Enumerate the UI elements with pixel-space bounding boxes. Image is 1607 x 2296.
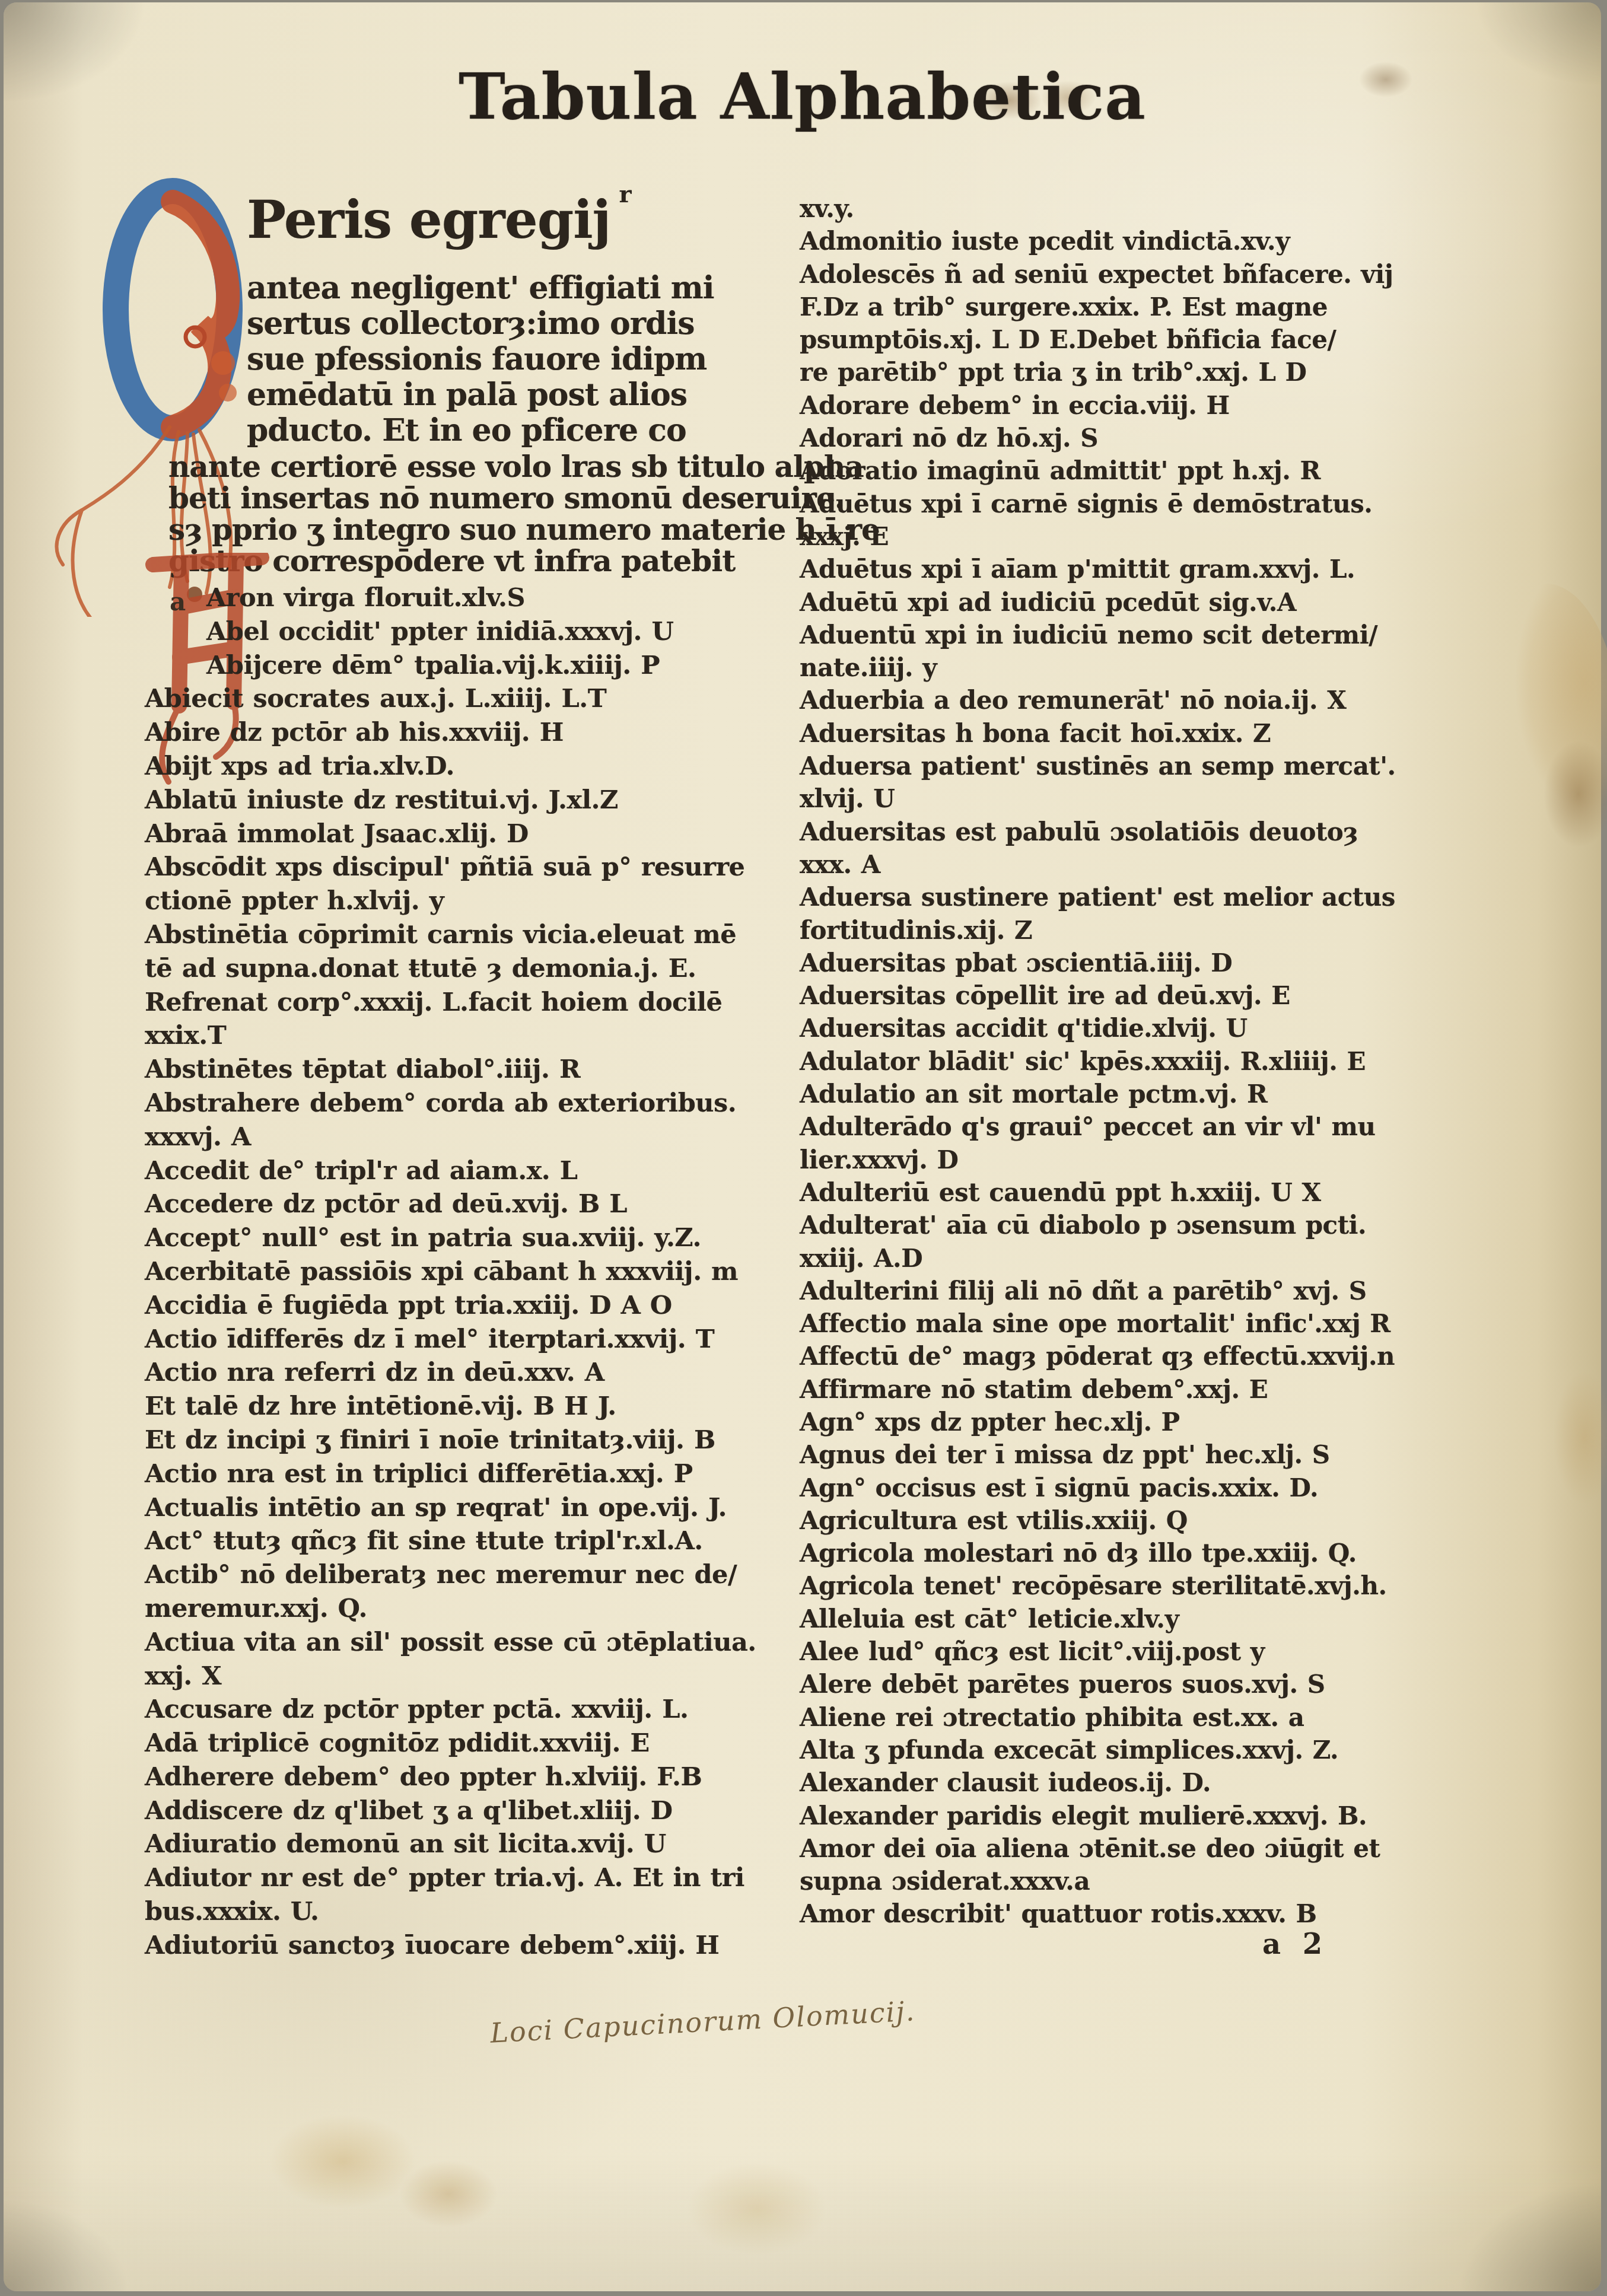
initial-O-blue-body bbox=[116, 191, 230, 428]
index-line: ctionē ppter h.xlvij. y bbox=[145, 884, 785, 918]
index-column-right: xv.y.Admonitio iuste pcedit vindictā.xv.… bbox=[800, 192, 1452, 1931]
index-line: Actualis intētio an sp reqrat' in ope.vi… bbox=[145, 1491, 785, 1525]
index-line: antea negligent' effigiati mi bbox=[247, 270, 714, 306]
index-line: Aduersitas accidit q'tidie.xlvij. U bbox=[800, 1012, 1452, 1044]
initial-O-blob bbox=[219, 384, 237, 402]
index-line: Agricola molestari nō dȝ illo tpe.xxiij.… bbox=[800, 1537, 1452, 1569]
initial-O-guide-letter bbox=[186, 327, 205, 346]
index-line: Adherere debem° deo ppter h.xlviij. F.B bbox=[145, 1760, 785, 1794]
index-line: Aron virga floruit.xlv.S bbox=[145, 581, 785, 615]
page-title: Tabula Alphabetica bbox=[4, 59, 1601, 133]
index-line: Alleluia est cāt° leticie.xlv.y bbox=[800, 1603, 1452, 1635]
index-line: Ablatū iniuste dz restitui.vj. J.xl.Z bbox=[145, 784, 785, 817]
index-line: Accept° null° est in patria sua.xviij. y… bbox=[145, 1221, 785, 1255]
index-line: supna ɔsiderat.xxxv.a bbox=[800, 1865, 1452, 1897]
index-line: Abijt xps ad tria.xlv.D. bbox=[145, 750, 785, 784]
index-line: Adā triplicē cognitōz pdidit.xxviij. E bbox=[145, 1727, 785, 1760]
index-line: Alta ʒ pfunda excecāt simplices.xxvj. Z. bbox=[800, 1734, 1452, 1766]
index-line: Admonitio iuste pcedit vindictā.xv.y bbox=[800, 225, 1452, 257]
index-line: Accusare dz pctōr ppter pctā. xxviij. L. bbox=[145, 1693, 785, 1727]
stain bbox=[668, 2149, 846, 2268]
index-line: Accedere dz pctōr ad deū.xvij. B L bbox=[145, 1187, 785, 1221]
index-line: Addiscere dz q'libet ʒ a q'libet.xliij. … bbox=[145, 1794, 785, 1828]
index-line: Actib° nō deliberatȝ nec meremur nec de/ bbox=[145, 1558, 785, 1592]
initial-O-blob bbox=[211, 351, 235, 375]
index-line: Accidia ē fugiēda ppt tria.xxiij. D A O bbox=[145, 1289, 785, 1323]
index-line: fortitudinis.xij. Z bbox=[800, 914, 1452, 947]
index-line: Adulterat' aīa cū diabolo p ɔsensum pcti… bbox=[800, 1209, 1452, 1241]
index-line: Adolescēs ñ ad seniū expectet bñfacere. … bbox=[800, 258, 1452, 291]
index-line: Adulteriū est cauendū ppt h.xxiij. U X bbox=[800, 1176, 1452, 1209]
index-line: Aliene rei ɔtrectatio phibita est.xx. a bbox=[800, 1701, 1452, 1734]
incunabulum-photo: { "page": { "title": "Tabula Alphabetica… bbox=[0, 0, 1607, 2296]
index-line: Actio nra referri dz in deū.xxv. A bbox=[145, 1356, 785, 1390]
index-line: xxxvj. A bbox=[145, 1120, 785, 1154]
index-line: Adoratio imaginū admittit' ppt h.xj. R bbox=[800, 454, 1452, 487]
index-line: xxj. X bbox=[145, 1660, 785, 1693]
parchment-page: Tabula Alphabetica Peris egregijr antea … bbox=[4, 2, 1601, 2291]
index-line: Abel occidit' ppter inidiā.xxxvj. U bbox=[145, 615, 785, 649]
index-line: Abstrahere debem° corda ab exterioribus. bbox=[145, 1087, 785, 1120]
index-line: beti insertas nō numero smonū deseruire. bbox=[168, 482, 880, 514]
handwritten-note: Loci Capucinorum Olomucij. bbox=[489, 1995, 916, 2049]
stain bbox=[383, 2149, 514, 2238]
index-line: Aduerbia a deo remunerāt' nō noia.ij. X bbox=[800, 684, 1452, 716]
index-line: Actio īdifferēs dz ī mel° iterptari.xxvi… bbox=[145, 1323, 785, 1356]
index-line: Accedit de° tripl'r ad aiam.x. L bbox=[145, 1154, 785, 1188]
index-line: sue pfessionis fauore idipm bbox=[247, 342, 714, 377]
index-line: Adorari nō dz hō.xj. S bbox=[800, 422, 1452, 454]
index-line: Aduētus xpi ī aīam p'mittit gram.xxvj. L… bbox=[800, 553, 1452, 585]
index-line: psumptōis.xj. L D E.Debet bñficia face/ bbox=[800, 323, 1452, 356]
index-line: Agn° occisus est ī signū pacis.xxix. D. bbox=[800, 1472, 1452, 1504]
index-line: Aduersitas cōpellit ire ad deū.xvj. E bbox=[800, 979, 1452, 1012]
index-line: Abire dz pctōr ab his.xxviij. H bbox=[145, 716, 785, 750]
opening-superscript: r bbox=[619, 180, 631, 208]
index-line: Abijcere dēm° tpalia.vij.k.xiiij. P bbox=[145, 649, 785, 683]
index-line: nante certiorē esse volo lras sb titulo … bbox=[168, 451, 880, 482]
index-line: Agricultura est vtilis.xxiij. Q bbox=[800, 1504, 1452, 1537]
index-line: xxxj. E bbox=[800, 520, 1452, 553]
index-line: gistro correspōdere vt infra patebit bbox=[168, 545, 880, 577]
stain bbox=[1534, 726, 1607, 862]
index-line: emēdatū in palā post alios bbox=[247, 377, 714, 413]
index-line: Aduentū xpi in iudiciū nemo scit determi… bbox=[800, 619, 1452, 651]
index-line: Abscōdit xps discipul' pñtiā suā p° resu… bbox=[145, 851, 785, 884]
index-line: bus.xxxix. U. bbox=[145, 1895, 785, 1929]
index-line: re parētib° ppt tria ʒ in trib°.xxj. L D bbox=[800, 356, 1452, 388]
index-line: Alexander clausit iudeos.ij. D. bbox=[800, 1766, 1452, 1799]
index-line: Aduētus xpi ī carnē signis ē demōstratus… bbox=[800, 488, 1452, 520]
index-line: Abstinētes tēptat diabol°.iiij. R bbox=[145, 1053, 785, 1087]
index-line: Act° ŧtutȝ qñcȝ fit sine ŧtute tripl'r.x… bbox=[145, 1524, 785, 1558]
index-line: Aduersitas h bona facit hoī.xxix. Z bbox=[800, 717, 1452, 750]
index-line: Abraā immolat Jsaac.xlij. D bbox=[145, 817, 785, 851]
index-line: Actio nra est in triplici differētia.xxj… bbox=[145, 1457, 785, 1491]
index-line: sȝ pprio ʒ integro suo numero materie h … bbox=[168, 514, 880, 545]
index-line: Alere debēt parētes pueros suos.xvj. S bbox=[800, 1668, 1452, 1700]
opening-full-lines: nante certiorē esse volo lras sb titulo … bbox=[168, 451, 880, 577]
index-line: Adulterādo q's graui° peccet an vir vl' … bbox=[800, 1110, 1452, 1143]
index-line: F.Dz a trib° surgere.xxix. P. Est magne bbox=[800, 291, 1452, 323]
index-line: xxix.T bbox=[145, 1019, 785, 1053]
index-line: Adiutor nr est de° ppter tria.vj. A. Et … bbox=[145, 1861, 785, 1895]
index-line: xlvij. U bbox=[800, 782, 1452, 815]
index-line: Adulterini filij ali nō dñt a parētib° x… bbox=[800, 1275, 1452, 1307]
stain bbox=[1469, 584, 1607, 916]
index-line: nate.iiij. y bbox=[800, 651, 1452, 684]
index-line: sertus collectorȝ:imo ordis bbox=[247, 306, 714, 342]
index-line: Affectio mala sine ope mortalit' infic'.… bbox=[800, 1307, 1452, 1340]
index-line: Aduersa sustinere patient' est melior ac… bbox=[800, 881, 1452, 913]
index-line: Agnus dei ter ī missa dz ppt' hec.xlj. S bbox=[800, 1438, 1452, 1471]
index-line: Et talē dz hre intētionē.vij. B H J. bbox=[145, 1390, 785, 1424]
index-column-left: Aron virga floruit.xlv.SAbel occidit' pp… bbox=[145, 581, 785, 1963]
index-line: Acerbitatē passiōis xpi cābant h xxxviij… bbox=[145, 1255, 785, 1289]
index-line: Agn° xps dz ppter hec.xlj. P bbox=[800, 1406, 1452, 1438]
stain bbox=[1546, 1355, 1607, 1521]
index-line: lier.xxxvj. D bbox=[800, 1144, 1452, 1176]
index-line: Et dz incipi ʒ finiri ī noīe trinitatȝ.v… bbox=[145, 1424, 785, 1457]
index-line: Adiutoriū sanctoȝ īuocare debem°.xiij. H bbox=[145, 1929, 785, 1963]
index-line: Refrenat corp°.xxxij. L.facit hoiem doci… bbox=[145, 986, 785, 1020]
index-line: pducto. Et in eo pficere co bbox=[247, 413, 714, 448]
index-line: Aduersitas est pabulū ɔsolatiōis deuotoȝ bbox=[800, 816, 1452, 848]
index-line: Actiua vita an sil' possit esse cū ɔtēpl… bbox=[145, 1626, 785, 1660]
index-line: xxx. A bbox=[800, 848, 1452, 881]
index-line: meremur.xxj. Q. bbox=[145, 1592, 785, 1626]
stain bbox=[253, 2102, 478, 2221]
index-line: Abstinētia cōprimit carnis vicia.eleuat … bbox=[145, 918, 785, 952]
index-line: Abiecit socrates aux.j. L.xiiij. L.T bbox=[145, 682, 785, 716]
index-line: Adulatio an sit mortale pctm.vj. R bbox=[800, 1078, 1452, 1110]
index-line: Amor describit' quattuor rotis.xxxv. B bbox=[800, 1897, 1452, 1930]
index-line: Amor dei oīa aliena ɔtēnit.se deo ɔiūgit… bbox=[800, 1832, 1452, 1865]
index-line: Affectū de° magȝ pōderat qȝ effectū.xxvi… bbox=[800, 1340, 1452, 1372]
index-line: Adorare debem° in eccia.viij. H bbox=[800, 389, 1452, 422]
index-line: Agricola tenet' recōpēsare sterilitatē.x… bbox=[800, 1569, 1452, 1602]
index-line: Alexander paridis elegit mulierē.xxxvj. … bbox=[800, 1800, 1452, 1832]
index-line: Aduētū xpi ad iudiciū pcedūt sig.v.A bbox=[800, 586, 1452, 619]
initial-O-red-overlay bbox=[173, 202, 228, 427]
quire-signature: a 2 bbox=[1262, 1928, 1328, 1961]
opening-first-line-text: Peris egregij bbox=[247, 189, 610, 250]
index-line: xxiij. A.D bbox=[800, 1242, 1452, 1275]
index-line: Aduersitas pbat ɔscientiā.iiij. D bbox=[800, 947, 1452, 979]
opening-indented-lines: antea negligent' effigiati misertus coll… bbox=[247, 270, 714, 448]
opening-first-line: Peris egregijr bbox=[247, 180, 631, 250]
index-line: Affirmare nō statim debem°.xxj. E bbox=[800, 1373, 1452, 1406]
index-line: Alee lud° qñcȝ est licit°.viij.post y bbox=[800, 1635, 1452, 1668]
index-line: tē ad supna.donat ŧtutē ȝ demonia.j. E. bbox=[145, 952, 785, 986]
index-line: Adulator blādit' sic' kpēs.xxxiij. R.xli… bbox=[800, 1045, 1452, 1078]
index-line: Adiuratio demonū an sit licita.xvij. U bbox=[145, 1827, 785, 1861]
index-line: xv.y. bbox=[800, 192, 1452, 225]
index-line: Aduersa patient' sustinēs an semp mercat… bbox=[800, 750, 1452, 782]
